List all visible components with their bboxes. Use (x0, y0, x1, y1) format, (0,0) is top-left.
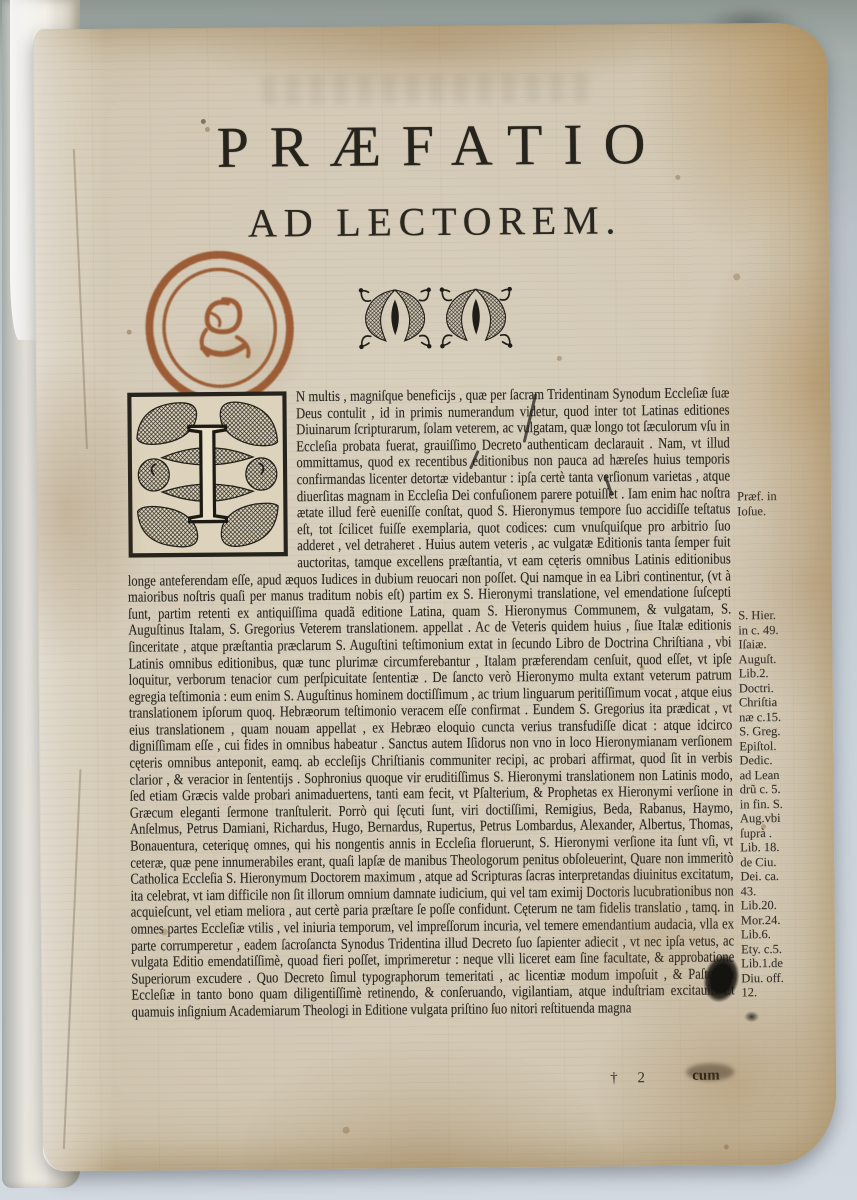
foxing-spots (33, 29, 36, 32)
page-title: PRÆFATIO (34, 109, 829, 183)
show-through-smudge (261, 73, 591, 106)
woodcut-initial-icon: I (126, 390, 289, 558)
margin-note-column: S. Hier. in c. 49. Iſaiæ. Auguſt. Lib.2.… (738, 608, 807, 1000)
signature-mark: † 2 (610, 1070, 653, 1087)
book-page: PRÆFATIO AD LECTOREM. (33, 23, 837, 1172)
catchword: cum (692, 1068, 720, 1085)
fleuron-ornament-icon (355, 277, 516, 358)
page-subtitle: AD LECTOREM. (35, 195, 829, 249)
ink-blot-small (742, 1009, 762, 1024)
svg-text:I: I (183, 391, 231, 553)
photo-backdrop: PRÆFATIO AD LECTOREM. (0, 0, 857, 1200)
margin-note: Præf. in Ioſue. (737, 489, 803, 519)
preface-body: I N multis , magniſque beneficijs , quæ … (126, 385, 735, 1021)
